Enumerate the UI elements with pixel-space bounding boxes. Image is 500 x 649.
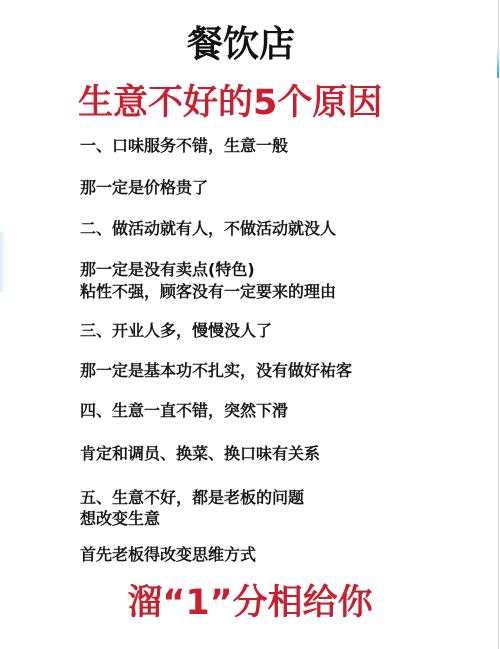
poster: 餐饮店 生意不好的5个原因 一、口味服务不错，生意一般 那一定是价格贵了 二、做… [0, 0, 500, 649]
reason-5-explanation: 首先老板得改变思维方式 [80, 545, 256, 565]
left-edge-glow [0, 232, 6, 292]
page-subtitle: 生意不好的5个原因 [78, 80, 382, 126]
reason-4-heading: 四、生意一直不错，突然下滑 [80, 401, 288, 421]
call-to-action: 溜“1”分相给你 [0, 580, 500, 626]
reason-3-explanation: 那一定是基本功不扎实，没有做好祐客 [80, 361, 352, 381]
reason-5-heading: 五、生意不好，都是老板的问题 [80, 488, 304, 508]
reason-3-heading: 三、开业人多，慢慢没人了 [80, 321, 272, 341]
page-title: 餐饮店 [0, 22, 482, 68]
scroll-indicator [497, 50, 499, 78]
reason-1-heading: 一、口味服务不错，生意一般 [80, 136, 288, 156]
reason-4-explanation: 肯定和调员、换菜、换口味有关系 [80, 444, 320, 464]
reason-2-explanation-cont: 粘性不强，顾客没有一定要来的理由 [80, 282, 336, 302]
reason-5-heading-cont: 想改变生意 [80, 509, 160, 529]
reason-2-heading: 二、做活动就有人，不做活动就没人 [80, 219, 336, 239]
reason-2-explanation: 那一定是没有卖点(特色) [80, 260, 255, 280]
reason-1-explanation: 那一定是价格贵了 [80, 178, 208, 198]
right-edge-divider [498, 0, 499, 649]
